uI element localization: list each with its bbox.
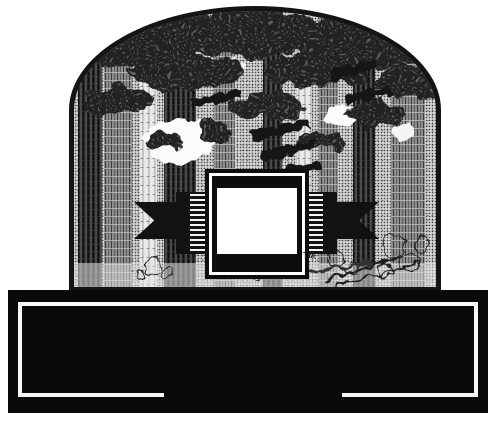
banner-inset-line-top	[18, 302, 478, 306]
banner-inset-line-left	[18, 302, 22, 397]
ribbon-right-stripes	[308, 194, 323, 252]
ribbon-left-stripes	[190, 194, 205, 252]
picture-frame-core	[212, 176, 302, 272]
ribbon-right-band	[308, 192, 337, 254]
ribbon-left-band	[176, 192, 205, 254]
emblem-canvas: TM	[0, 0, 500, 431]
picture-frame	[205, 169, 309, 279]
trademark-symbol: TM	[303, 251, 316, 260]
banner-inset-line-bottom-right	[342, 393, 478, 397]
picture-frame-window	[217, 188, 297, 254]
banner-inset-line-bottom-left	[18, 393, 164, 397]
banner-inset-line-right	[474, 302, 478, 397]
title-banner	[8, 290, 488, 413]
